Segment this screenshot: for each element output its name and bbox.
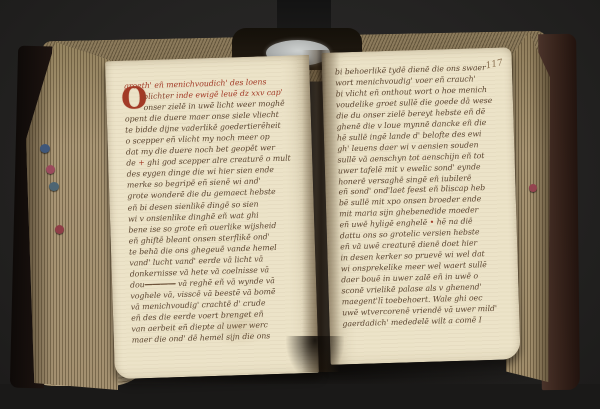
left-page: O groeth' eñ menichvoudich' des loensbli… — [105, 55, 319, 379]
gutter-shadow — [302, 50, 340, 372]
bookmark-tab — [49, 182, 59, 191]
left-page-text: groeth' eñ menichvoudich' des loensblich… — [124, 75, 312, 346]
right-page: 117 bi behoerlikē tydē dienē die ons swa… — [321, 47, 520, 364]
right-page-text: bi behoerlikē tydē dienē die ons swaerwo… — [335, 62, 516, 330]
bookmark-tab — [46, 165, 55, 174]
page-stain — [209, 306, 270, 348]
bookmark-tab — [529, 184, 537, 192]
bookmark-tab — [40, 144, 50, 153]
gutter-foot-shadow — [286, 336, 344, 380]
bookmark-tab — [55, 225, 64, 234]
table-surface — [0, 384, 600, 409]
manuscript-photo: O groeth' eñ menichvoudich' des loensbli… — [0, 0, 600, 409]
left-fore-edge-leaves — [26, 42, 118, 390]
